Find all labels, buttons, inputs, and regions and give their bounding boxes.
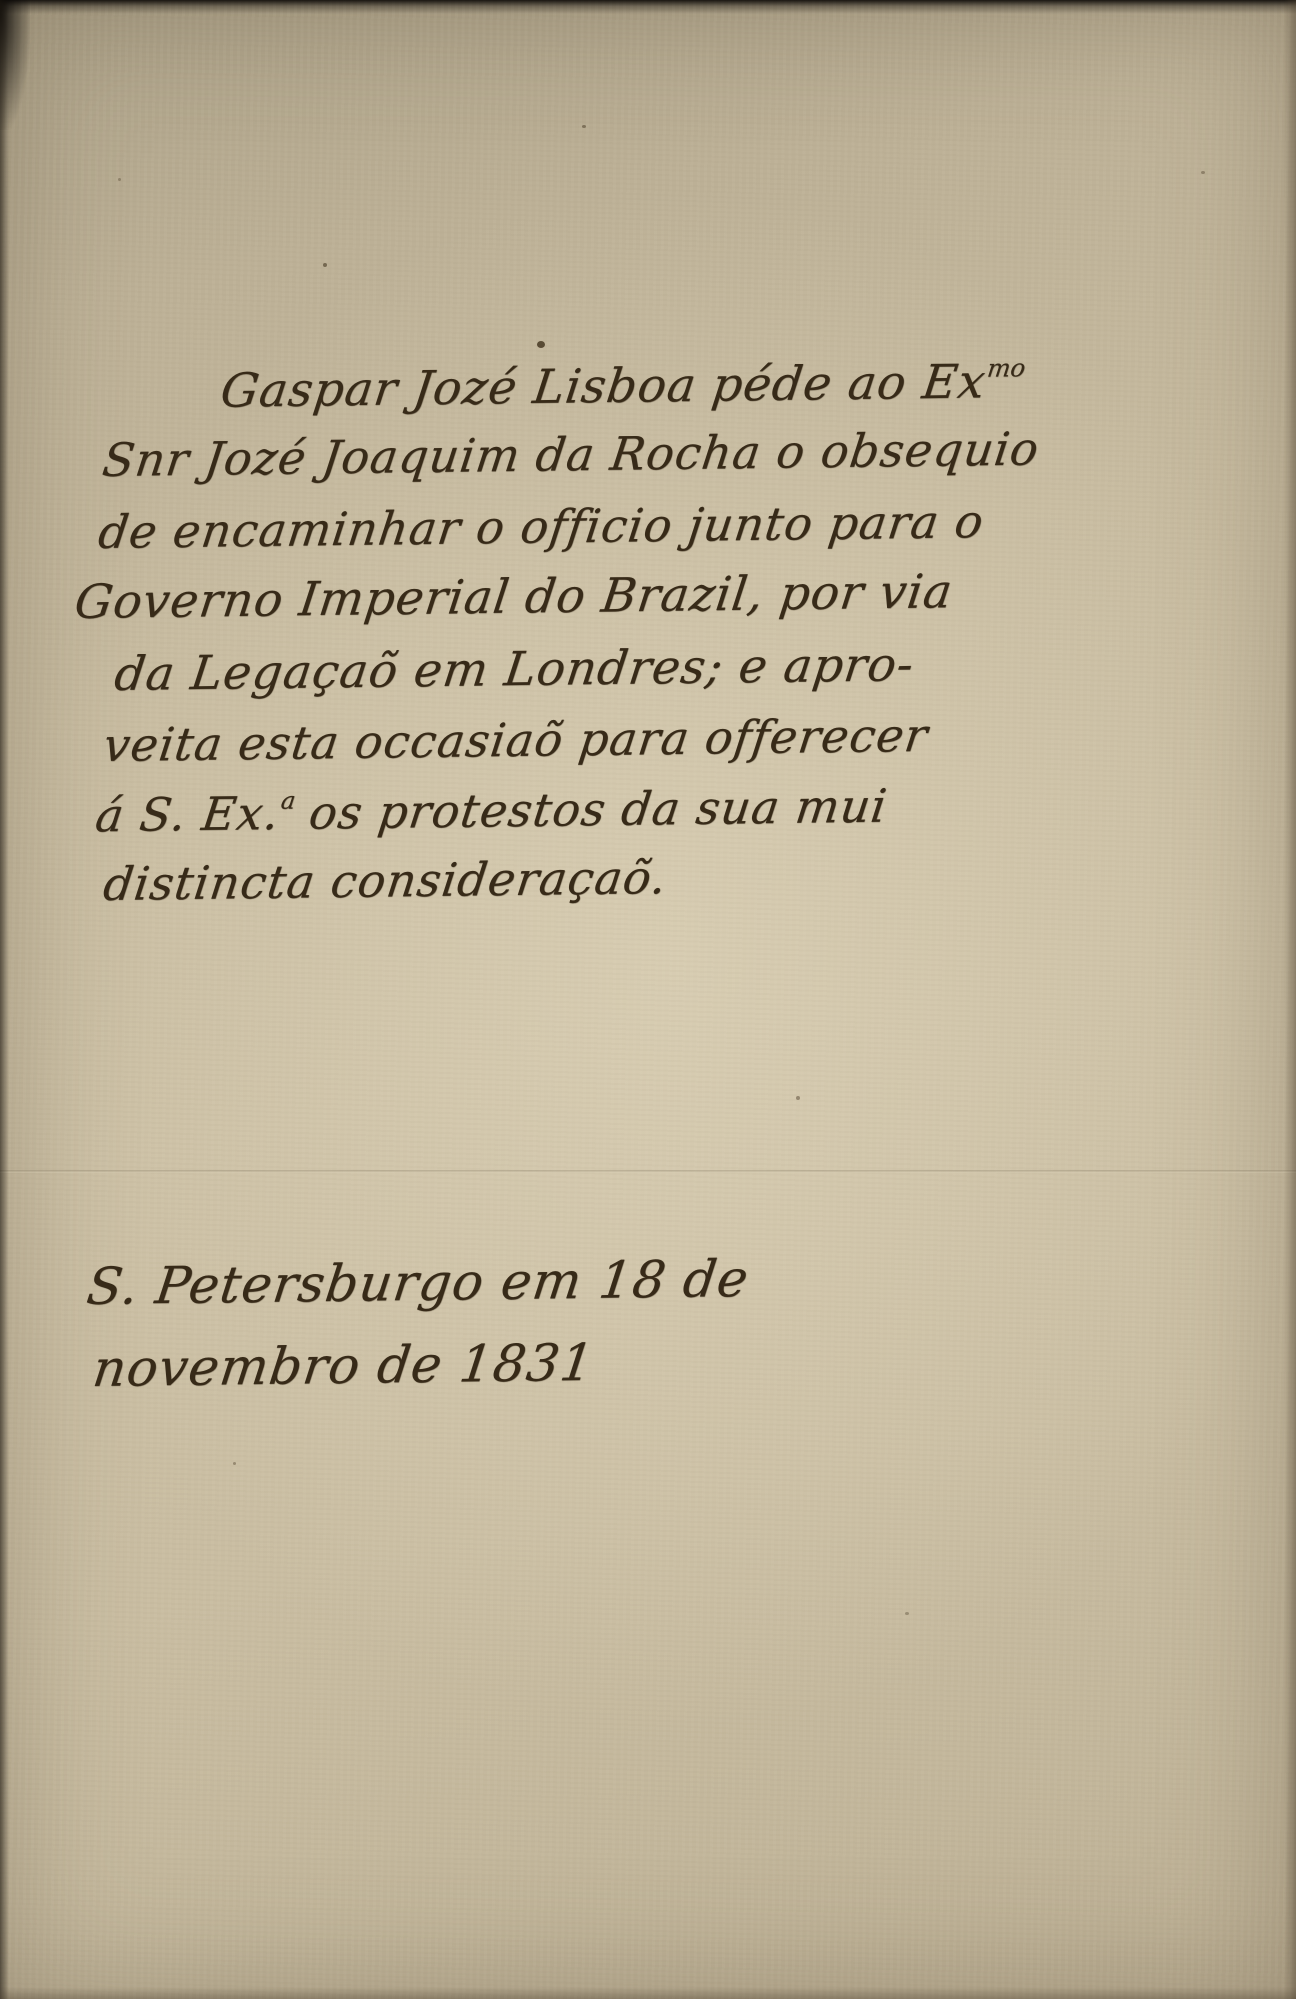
handwritten-line-2: Snr Jozé Joaquim da Rocha o obsequio — [100, 426, 1042, 483]
foxing-speck — [233, 1462, 236, 1465]
handwritten-line-5: da Legaçaõ em Londres; e apro- — [112, 641, 917, 698]
line-text: S. Petersburgo em 18 de — [83, 1250, 752, 1317]
photo-left-edge-shadow — [0, 0, 9, 1999]
dateline-date: novembro de 1831 — [90, 1338, 597, 1395]
foxing-speck — [323, 263, 327, 267]
line-text: distincta consideraçaõ. — [100, 850, 670, 911]
handwritten-line-6: veita esta occasiaõ para offerecer — [101, 712, 931, 768]
photo-right-edge-shadow — [1284, 0, 1296, 1999]
line-text: de encaminhar o officio junto para o — [95, 494, 987, 559]
handwritten-line-4: Governo Imperial do Brazil, por via — [72, 568, 956, 626]
line-text: Governo Imperial do Brazil, por via — [71, 564, 956, 630]
foxing-speck — [582, 125, 586, 128]
line-text: veita esta occasiaõ para offerecer — [100, 708, 931, 772]
dateline-place: S. Petersburgo em 18 de — [84, 1254, 752, 1313]
line-text: da Legaçaõ em Londres; e apro- — [111, 637, 917, 702]
handwritten-line-3: de encaminhar o officio junto para o — [96, 498, 987, 555]
photo-bottom-edge-shadow — [0, 1987, 1296, 1999]
line-text: novembro de 1831 — [89, 1334, 597, 1399]
paper-grain-texture — [0, 0, 1296, 1999]
foxing-speck — [537, 341, 545, 348]
superscript-abbreviation: mo — [986, 353, 1028, 382]
foxing-speck — [1201, 171, 1205, 174]
foxing-speck — [118, 178, 121, 181]
photo-top-edge-shadow — [0, 0, 1296, 14]
manuscript-photo: Gaspar Jozé Lisboa péde ao Exmo Snr Jozé… — [0, 0, 1296, 1999]
handwritten-line-8: distincta consideraçaõ. — [101, 854, 670, 907]
handwritten-line-7: á S. Ex.a os protestos da sua mui — [93, 782, 890, 838]
line-text: Gaspar Jozé Lisboa péde ao Ex — [217, 354, 989, 418]
line-text: á S. Ex. — [92, 786, 283, 842]
foxing-speck — [796, 1096, 800, 1100]
foxing-speck — [905, 1612, 909, 1615]
line-text: Snr Jozé Joaquim da Rocha o obsequio — [99, 422, 1042, 487]
fold-crease — [0, 1170, 1296, 1173]
line-text: os protestos da sua mui — [290, 779, 890, 840]
handwritten-line-1: Gaspar Jozé Lisboa péde ao Exmo — [218, 356, 1027, 415]
